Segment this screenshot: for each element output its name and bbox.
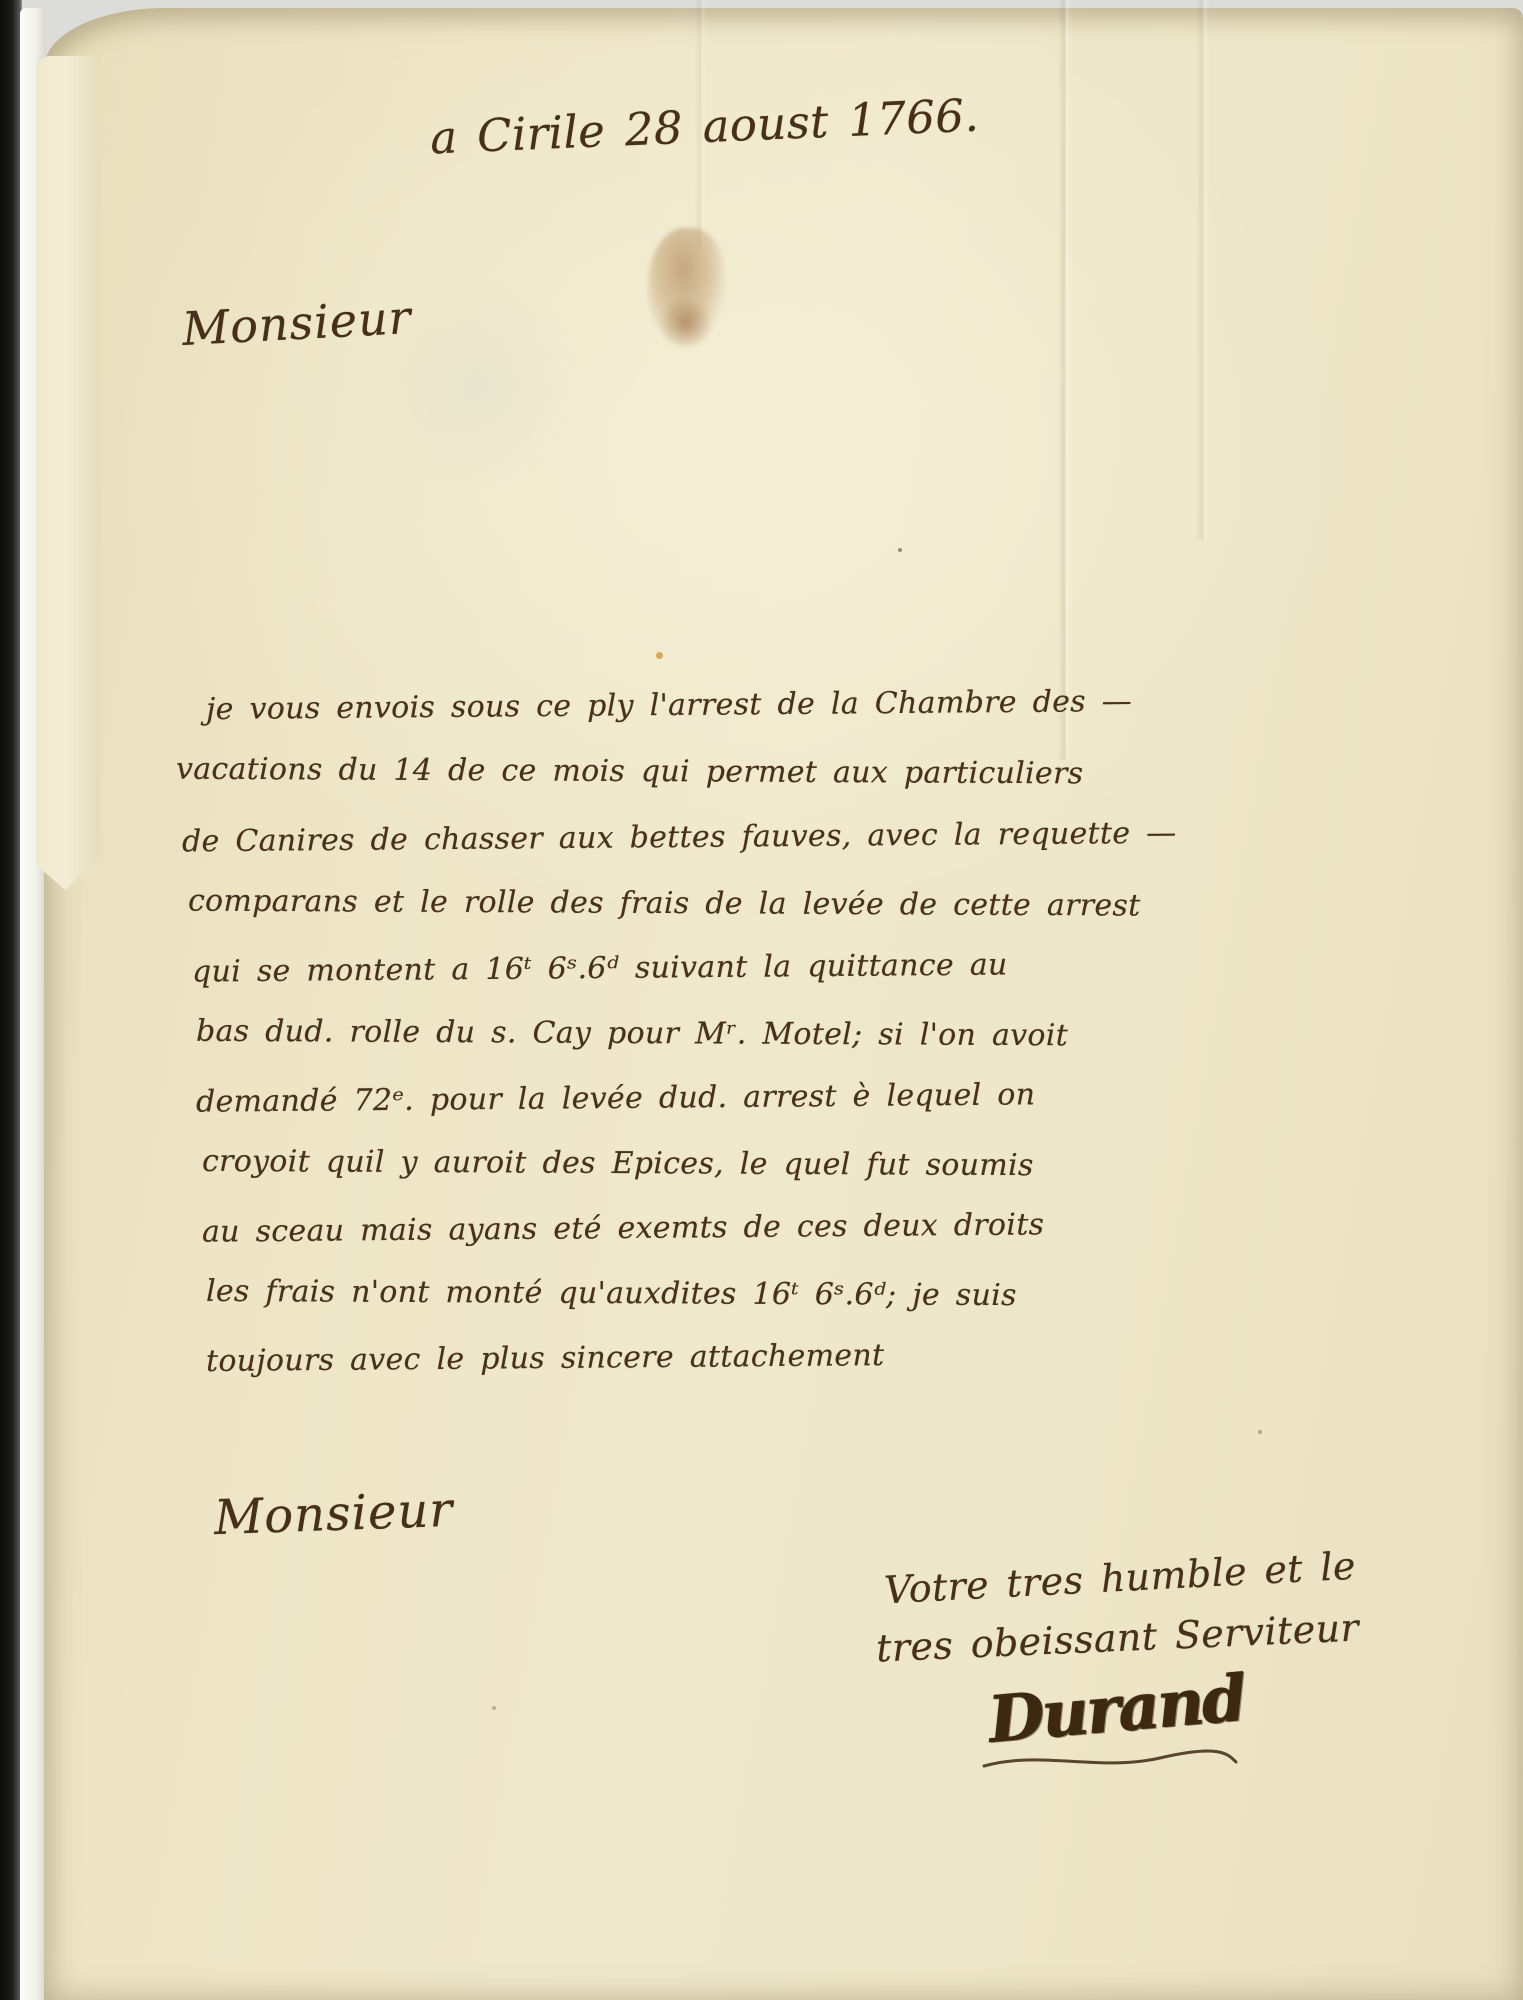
second-salutation: Monsieur bbox=[213, 1482, 454, 1546]
scanned-letter-page: a Cirile 28 aoust 1766. Monsieur je vous… bbox=[0, 0, 1523, 2000]
body-line: bas dud. rolle du s. Cay pour Mʳ. Motel;… bbox=[196, 1014, 1068, 1054]
body-line: qui se montent a 16ᵗ 6ˢ.6ᵈ suivant la qu… bbox=[192, 947, 1008, 989]
body-line: vacations du 14 de ce mois qui permet au… bbox=[176, 752, 1084, 792]
body-line: les frais n'ont monté qu'auxdites 16ᵗ 6ˢ… bbox=[206, 1274, 1017, 1313]
paper-speck bbox=[656, 652, 663, 659]
ink-stain bbox=[660, 296, 712, 350]
scan-edge-strip bbox=[0, 0, 22, 2000]
body-line: au sceau mais ayans eté exemts de ces de… bbox=[202, 1207, 1045, 1249]
body-line: demandé 72ᵉ. pour la levée dud. arrest è… bbox=[196, 1077, 1036, 1119]
paper-speck bbox=[492, 1706, 496, 1710]
body-line: croyoit quil y auroit des Epices, le que… bbox=[202, 1144, 1034, 1183]
folded-page-flap bbox=[36, 56, 100, 890]
body-line: toujours avec le plus sincere attachemen… bbox=[206, 1338, 885, 1379]
paper-speck bbox=[898, 548, 902, 552]
paper-speck bbox=[1258, 1430, 1262, 1434]
body-line: comparans et le rolle des frais de la le… bbox=[188, 884, 1141, 924]
